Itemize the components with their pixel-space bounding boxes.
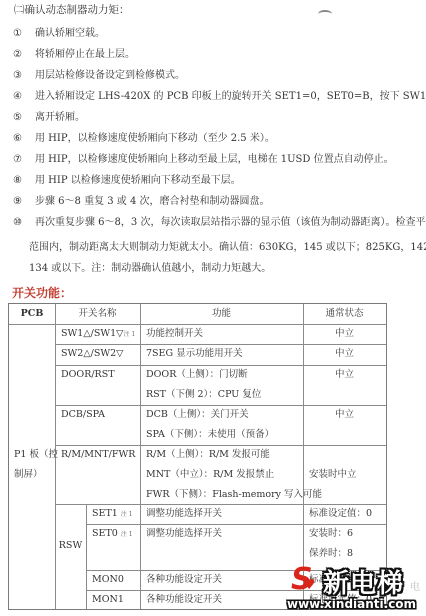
status-line: 保养时：8	[309, 544, 386, 564]
step-number: ③	[13, 70, 29, 82]
watermark-url: www.xindianti.com	[287, 597, 416, 611]
step-item: ⑩再次重复步骤 6～8，3 次，每次读取层站指示器的显示值（该值为制动器距离）。…	[13, 217, 426, 229]
status-cell: 中立	[303, 405, 386, 445]
table-divider	[140, 304, 141, 609]
step-item: ⑦用 HIP，以检修速度使轿厢向上移动至最上层，电梯在 1USD 位置点自动停止…	[13, 154, 394, 166]
step-text: 用 HIP，以检修速度使轿厢向下移动（至少 2.5 米）。	[35, 133, 275, 144]
note-marker: 注 1	[121, 531, 133, 538]
function-line: SPA（下侧）：未使用（预备）	[146, 425, 303, 445]
function-cell: 7SEG 显示功能用开关	[146, 344, 303, 365]
watermark-logo: S ♥ 新电梯 www.xindianti.com	[287, 563, 426, 615]
step-text: 用 HIP，以检修速度使轿厢向上移动至最上层，电梯在 1USD 位置点自动停止。	[35, 154, 394, 165]
switch-name-cell: SET0 注 1	[92, 524, 140, 570]
function-line: MNT（中立）：R/M 发报禁止	[146, 465, 303, 485]
status-cell: 中立	[303, 344, 386, 365]
function-cell: 调整功能选择开关	[146, 524, 303, 570]
status-cell: 中立	[303, 365, 386, 405]
function-line: RST（下侧 2）：CPU 复位	[146, 385, 303, 405]
status-line: 安装时：6	[309, 524, 386, 544]
step-text: 步骤 6～8 重复 3 或 4 次，磨合衬垫和制动器圆盘。	[35, 196, 270, 207]
function-line: DOOR（上侧）：门切断	[146, 365, 303, 385]
column-header-pcb: PCB	[9, 304, 55, 324]
step-text: 将轿厢停止在最上层。	[35, 49, 135, 60]
step-item: ⑤离开轿厢。	[13, 112, 85, 124]
switch-function-heading: 开关功能：	[12, 284, 72, 301]
step-text-continued: 范围内，制动距离太大则制动力矩就太小。确认值：630KG，145 或以下；825…	[29, 238, 426, 253]
pcb-label: P1 板（控 制屏）	[14, 445, 56, 485]
function-line: DCB（上侧）：关门开关	[146, 405, 303, 425]
switch-name: SET0	[92, 528, 118, 539]
step-text: 进入轿厢设定 LHS-420X 的 PCB 印板上的旋转开关 SET1=0，SE…	[35, 91, 426, 102]
step-number: ⑤	[13, 112, 29, 124]
step-item: ②将轿厢停止在最上层。	[13, 49, 135, 61]
column-header-switch-name: 开关名称	[55, 304, 140, 324]
step-number: ⑩	[13, 217, 29, 229]
step-number: ⑥	[13, 133, 29, 145]
status-cell: 标准设定值：0	[309, 504, 386, 524]
function-cell: 功能控制开关	[146, 324, 303, 344]
function-cell: 各种功能设定开关	[146, 570, 303, 590]
step-text: 用 HIP 以检修速度使轿厢向下移动至最下层。	[35, 175, 241, 186]
step-text: 离开轿厢。	[35, 112, 85, 123]
column-header-function: 功能	[140, 304, 303, 324]
table-divider	[86, 504, 87, 609]
function-cell: DCB（上侧）：关门开关 SPA（下侧）：未使用（预备）	[146, 405, 303, 445]
step-text: 确认轿厢空载。	[35, 28, 105, 39]
function-cell: 各种功能设定开关	[146, 590, 303, 609]
column-header-status: 通常状态	[303, 304, 386, 324]
switch-name-cell: DCB/SPA	[61, 405, 140, 445]
function-line: R/M（上侧）：R/M 发报可能	[146, 445, 303, 465]
step-item: ⑧用 HIP 以检修速度使轿厢向下移动至最下层。	[13, 175, 241, 187]
pcb-label-line: P1 板（控	[14, 445, 56, 465]
step-text: 用层站检修设备设定到检修模式。	[35, 70, 185, 81]
step-number: ⑦	[13, 154, 29, 166]
switch-name-cell: R/M/MNT/FWR	[61, 445, 140, 504]
step-text: 再次重复步骤 6～8，3 次，每次读取层站指示器的显示值（该值为制动器距离）。检…	[35, 217, 426, 228]
step-number: ⑨	[13, 196, 29, 208]
function-line: FWR（下侧）：Flash-memory 写入可能	[146, 485, 303, 505]
switch-name: SET1	[92, 508, 118, 519]
switch-name-cell: SW1△/SW1▽注 1	[61, 324, 140, 344]
scroll-top-icon	[318, 10, 332, 18]
status-cell: 安装时中立	[309, 465, 386, 485]
step-item: ①确认轿厢空载。	[13, 28, 105, 40]
rsw-label: RSW	[55, 536, 86, 556]
note-marker: 注 1	[123, 331, 135, 338]
step-text-continued: 134 或以下。注：制动器确认值越小，制动力矩越大。	[29, 259, 271, 274]
switch-name: SW1△/SW1▽	[61, 328, 123, 339]
section-title: ㈡确认动态制器动力矩：	[14, 2, 130, 17]
step-item: ③用层站检修设备设定到检修模式。	[13, 70, 185, 82]
note-marker: 注 1	[121, 511, 133, 518]
step-number: ①	[13, 28, 29, 40]
step-number: ⑧	[13, 175, 29, 187]
switch-name-cell: SW2△/SW2▽	[61, 344, 140, 365]
switch-name-cell: MON0	[92, 570, 140, 590]
function-cell: R/M（上侧）：R/M 发报可能 MNT（中立）：R/M 发报禁止 FWR（下侧…	[146, 445, 303, 504]
function-cell: 调整功能选择开关	[146, 504, 303, 524]
switch-name-cell: MON1	[92, 590, 140, 609]
step-number: ④	[13, 91, 29, 103]
logo-heart-icon: ♥	[303, 577, 316, 593]
step-item: ④进入轿厢设定 LHS-420X 的 PCB 印板上的旋转开关 SET1=0，S…	[13, 91, 426, 103]
step-item: ⑨步骤 6～8 重复 3 或 4 次，磨合衬垫和制动器圆盘。	[13, 196, 270, 208]
switch-name-cell: SET1 注 1	[92, 504, 140, 524]
switch-name-cell: DOOR/RST	[61, 365, 140, 405]
function-cell: DOOR（上侧）：门切断 RST（下侧 2）：CPU 复位	[146, 365, 303, 405]
status-cell: 中立	[303, 324, 386, 344]
pcb-label-line: 制屏）	[14, 465, 56, 485]
step-item: ⑥用 HIP，以检修速度使轿厢向下移动（至少 2.5 米）。	[13, 133, 275, 145]
watermark-title: 新电梯	[323, 563, 404, 600]
step-number: ②	[13, 49, 29, 61]
